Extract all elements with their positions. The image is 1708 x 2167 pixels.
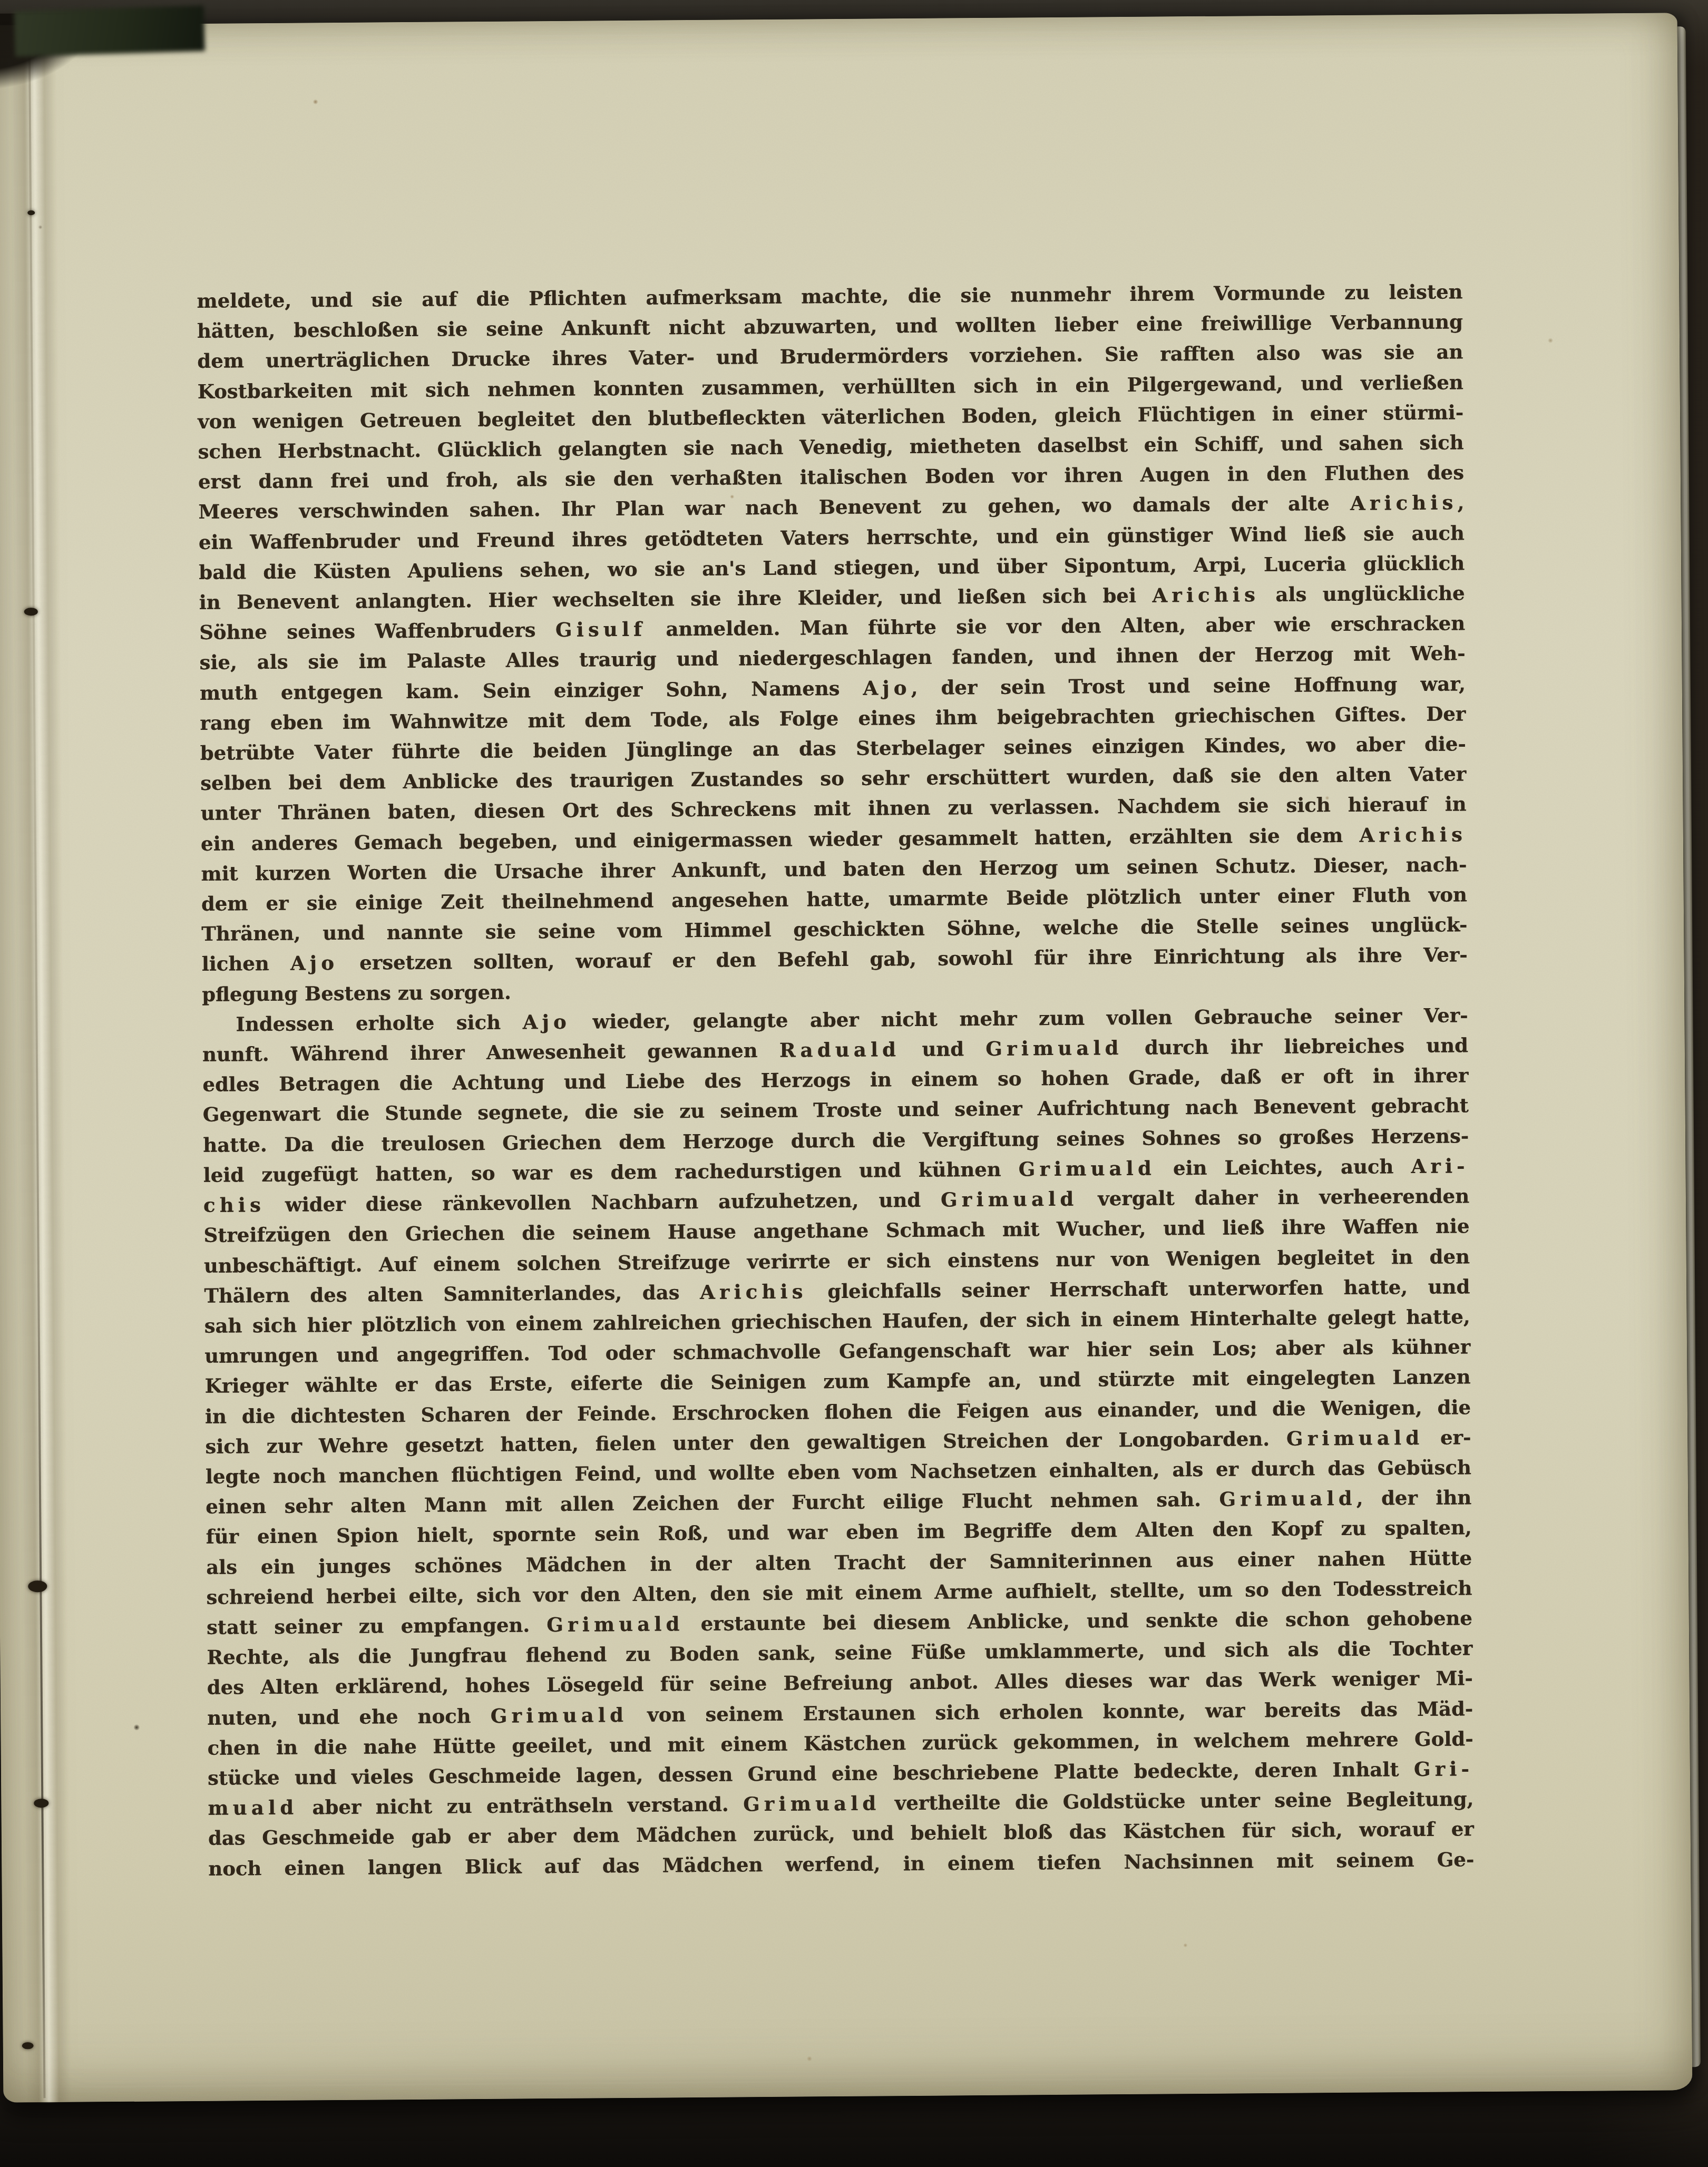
letterspaced-name: Grimuald [491,1703,628,1727]
text-block: meldete, und sie auf die Pflichten aufme… [197,277,1474,1883]
letterspaced-name: Grimuald [743,1792,881,1816]
letterspaced-name: Grimuald [1018,1157,1156,1181]
letterspaced-name: Grimuald [546,1612,684,1636]
stitch-mark [34,1799,48,1808]
letterspaced-name: Grimuald [1219,1487,1356,1511]
stitch-mark [22,2042,34,2049]
letterspaced-name: Ajo [863,676,911,700]
letterspaced-name: Grimuald [941,1187,1078,1212]
letterspaced-name: Raduald [779,1038,901,1062]
paragraph: Indessen erholte sich Ajo wieder, gelang… [202,1000,1474,1883]
letterspaced-name: Arichis [1350,491,1458,515]
letterspaced-name: muald [208,1796,298,1820]
letterspaced-name: Grimuald [1286,1426,1424,1450]
paragraph: meldete, und sie auf die Pflichten aufme… [197,277,1468,1009]
letterspaced-name: chis [203,1193,265,1217]
letterspaced-name: Ajo [290,951,339,975]
letterspaced-name: Grimuald [985,1036,1123,1060]
letterspaced-name: Gri- [1414,1757,1473,1781]
letterspaced-name: Arichis [1359,823,1467,846]
letterspaced-name: Ari- [1411,1154,1469,1178]
letterspaced-name: Arichis [1152,583,1260,607]
stitch-mark [27,210,35,215]
paper-sheet: meldete, und sie auf die Pflichten aufme… [0,13,1692,2102]
scan-background: { "document": { "language": "German", "s… [0,0,1708,2167]
letterspaced-name: Ajo [522,1010,571,1034]
book-page: meldete, und sie auf die Pflichten aufme… [0,13,1692,2102]
letterspaced-name: Arichis [700,1280,807,1303]
cover-cloth-icon [14,6,204,57]
letterspaced-name: Gisulf [555,618,647,641]
